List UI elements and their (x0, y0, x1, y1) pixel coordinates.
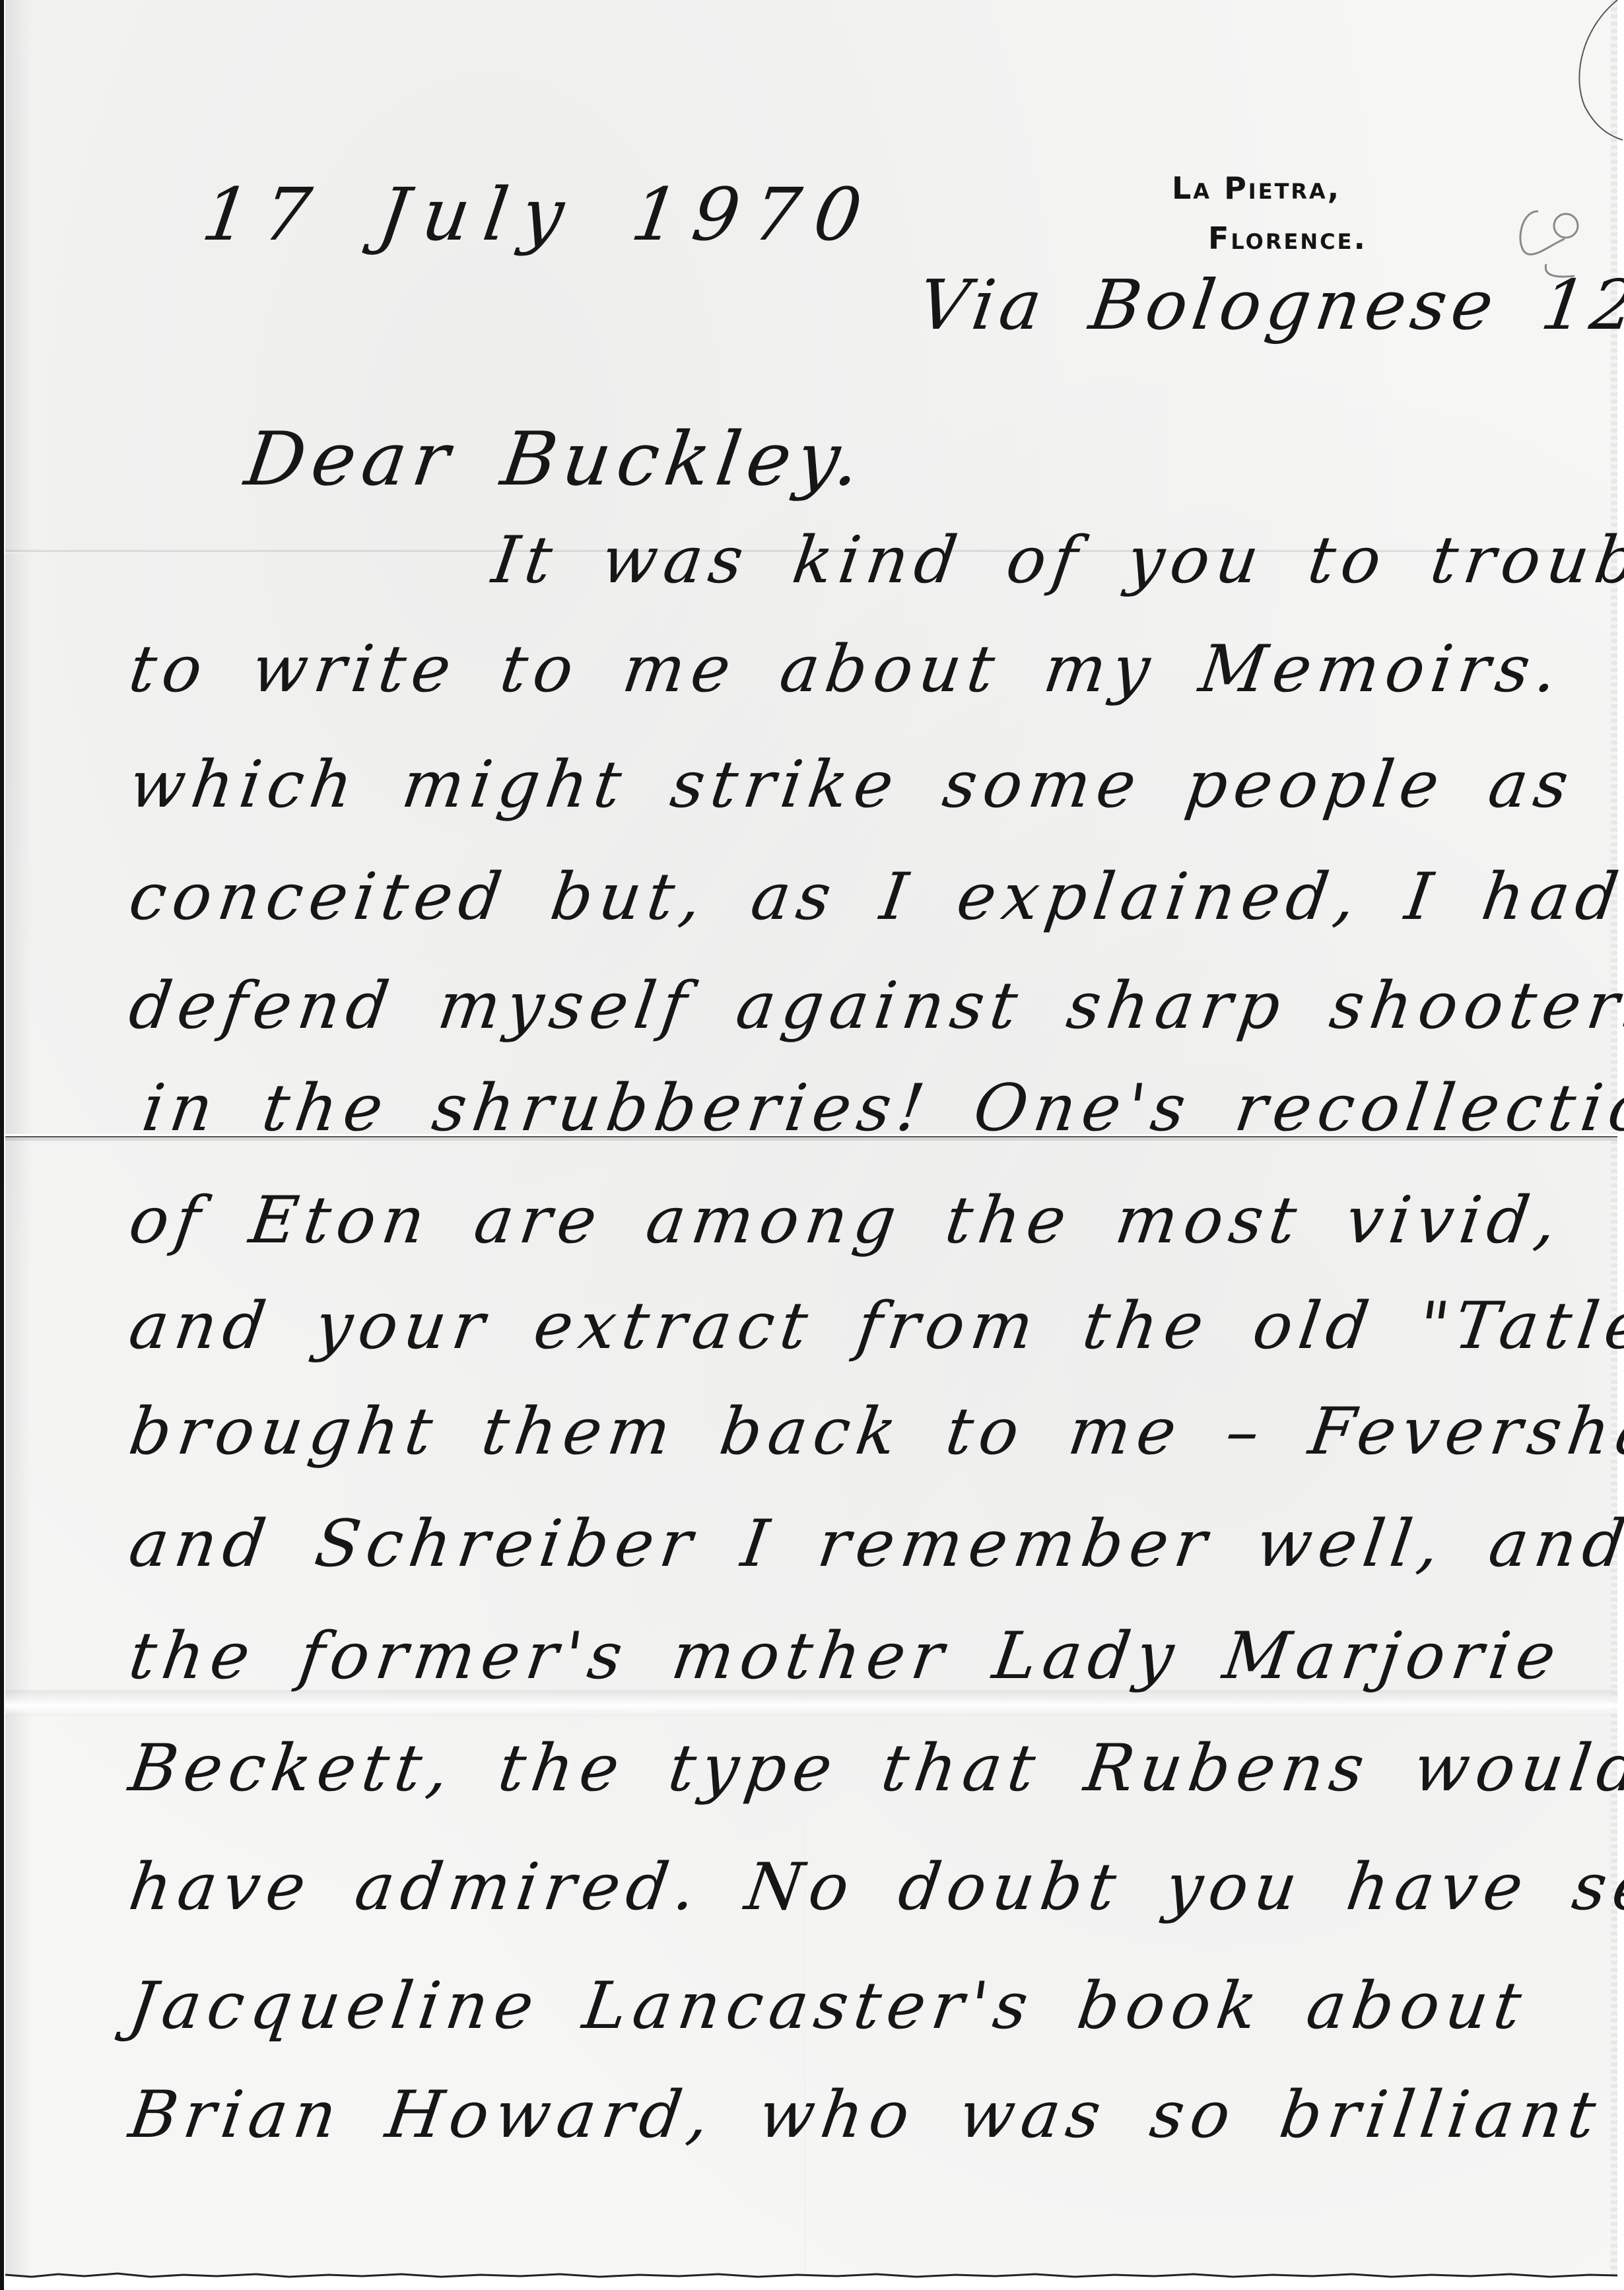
body-line: Jacqueline Lancaster's book about (125, 1974, 1532, 2038)
body-line: brought them back to me – Feversham (125, 1399, 1624, 1464)
body-line: and Schreiber I remember well, and (125, 1512, 1624, 1576)
letter-date: 17 July 1970 (198, 178, 881, 251)
body-line: have admired. No doubt you have seen (125, 1855, 1624, 1920)
scanned-letter-page: La Pietra, Florence. 17 July 1970 Via Bo… (0, 0, 1624, 2290)
body-line: Brian Howard, who was so brilliant (125, 2083, 1606, 2147)
salutation: Dear Buckley. (241, 422, 871, 496)
curved-edge-mark-icon (1571, 0, 1624, 142)
body-line: which might strike some people as (125, 753, 1578, 817)
body-line: and your extract from the old "Tatler" (125, 1294, 1624, 1359)
body-line: the former's mother Lady Marjorie (125, 1624, 1566, 1689)
horizontal-crease-lower (5, 1690, 1617, 1716)
body-line: It was kind of you to trouble (489, 528, 1624, 593)
body-line: of Eton are among the most vivid, (125, 1188, 1567, 1253)
letterhead-line-1: La Pietra, (1172, 173, 1341, 203)
body-line: defend myself against sharp shooters (125, 974, 1624, 1038)
letterhead-line-2: Florence. (1208, 223, 1367, 253)
letter-address: Via Bolognese 120 (914, 271, 1624, 339)
scan-border (0, 0, 4, 2290)
body-line: to write to me about my Memoirs. (125, 637, 1568, 702)
body-line: Beckett, the type that Rubens would (125, 1736, 1624, 1801)
body-line: conceited but, as I explained, I had to (125, 865, 1624, 929)
body-line: in the shrubberies! One's recollections (139, 1076, 1624, 1141)
torn-bottom-edge (5, 2271, 1617, 2280)
